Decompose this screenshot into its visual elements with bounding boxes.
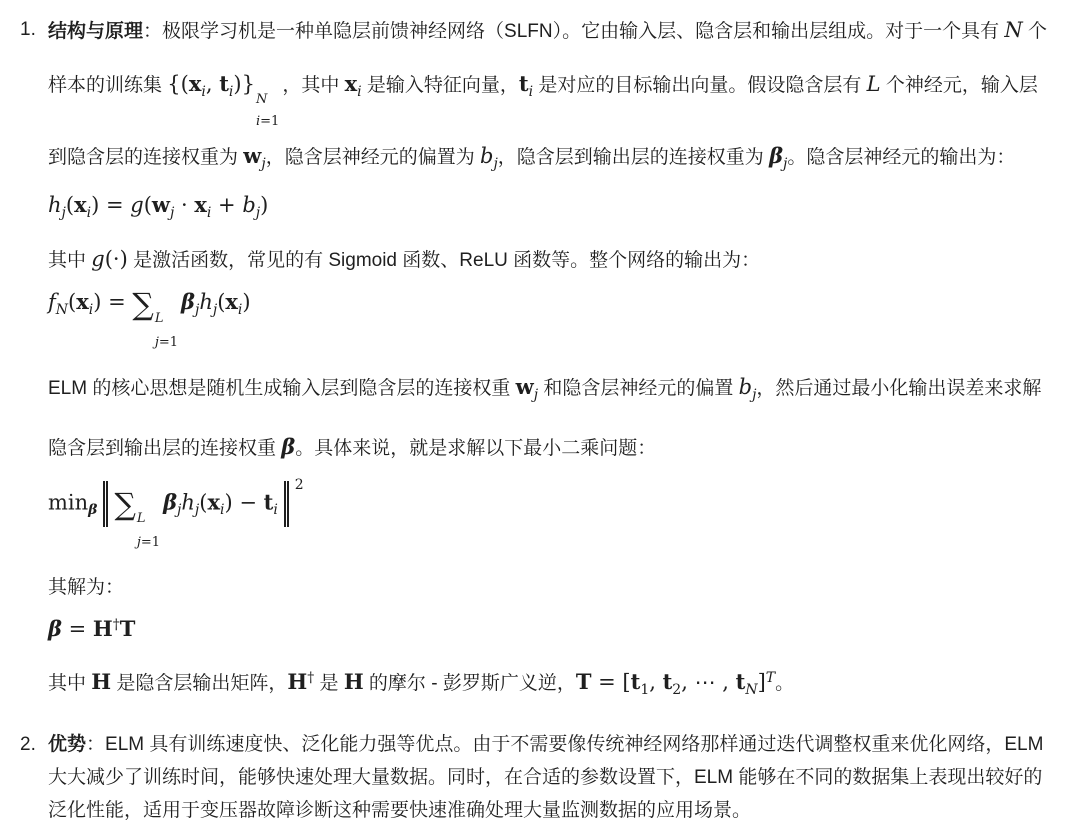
text-run: N xyxy=(256,92,267,107)
text-run: β xyxy=(163,489,177,514)
text-run: 是输入特征向量， xyxy=(362,75,519,96)
sum-limits: Ni=1 xyxy=(256,87,279,131)
text-run: + xyxy=(211,193,242,217)
text-run: =1 xyxy=(260,114,279,129)
text-run: ( xyxy=(68,290,76,314)
text-run: ：极限学习机是一种单隐层前馈神经网络（SLFN）。它由输入层、隐含层和输出层组成… xyxy=(143,21,1004,42)
formula: hj(xi) = g(wj · xi + bj) xyxy=(48,192,1054,222)
text-run: ，隐含层到输出层的连接权重为 xyxy=(498,147,769,168)
text-run: {( xyxy=(167,72,189,96)
text-run: ∑ xyxy=(114,488,135,523)
text-run: x xyxy=(194,192,207,217)
list-item-content: 优势：ELM 具有训练速度快、泛化能力强等优点。由于不需要像传统神经网络那样通过… xyxy=(48,728,1054,820)
text-run: )} xyxy=(233,72,255,96)
list-item: 2.优势：ELM 具有训练速度快、泛化能力强等优点。由于不需要像传统神经网络那样… xyxy=(20,728,1054,820)
text-run: N xyxy=(745,682,757,698)
text-run: , ⋯ , xyxy=(681,670,735,694)
text-run: x xyxy=(74,192,87,217)
paragraph: 结构与原理：极限学习机是一种单隐层前馈神经网络（SLFN）。它由输入层、隐含层和… xyxy=(48,4,1054,190)
text-run: =1 xyxy=(141,535,160,550)
text-run: T xyxy=(120,616,136,641)
text-run: ：ELM 具有训练速度快、泛化能力强等优点。由于不需要像传统神经网络那样通过迭代… xyxy=(48,734,1043,820)
text-run: t xyxy=(519,71,529,96)
text-run: T xyxy=(766,670,775,686)
paragraph: ELM 的核心思想是随机生成输入层到隐含层的连接权重 wj 和隐含层神经元的偏置… xyxy=(48,361,1054,475)
text-run: β xyxy=(769,143,783,168)
list-marker: 1. xyxy=(20,4,48,56)
paragraph: 其解为： xyxy=(48,562,1054,614)
text-run: b xyxy=(739,375,752,399)
text-run: 结构与原理 xyxy=(48,21,143,42)
text-run: t xyxy=(264,489,274,514)
formula: fN(xi) = ∑Lj=1βjhj(xi) xyxy=(48,289,1054,351)
text-run: H xyxy=(287,669,307,694)
text-run: 是激活函数，常见的有 Sigmoid 函数、ReLU 函数等。整个网络的输出为： xyxy=(128,250,760,271)
text-run: b xyxy=(480,144,493,168)
text-run: b xyxy=(242,193,255,217)
text-run: N xyxy=(56,302,68,318)
text-run: i xyxy=(273,502,277,518)
text-run: 其解为： xyxy=(48,577,124,598)
text-run: ) xyxy=(242,290,250,314)
text-run: ( xyxy=(66,193,74,217)
paragraph: 优势：ELM 具有训练速度快、泛化能力强等优点。由于不需要像传统神经网络那样通过… xyxy=(48,728,1054,820)
text-run: w xyxy=(243,143,261,168)
sum-limits: Lj=1 xyxy=(155,303,178,351)
text-run: 是隐含层输出矩阵， xyxy=(111,673,287,694)
document: 1.结构与原理：极限学习机是一种单隐层前馈神经网络（SLFN）。它由输入层、隐含… xyxy=(0,0,1080,820)
text-run: f xyxy=(48,290,56,314)
text-run: N xyxy=(1004,18,1022,42)
text-run: β xyxy=(181,289,195,314)
text-run: =1 xyxy=(159,335,178,350)
text-run: H xyxy=(91,669,111,694)
text-run: ) = xyxy=(91,193,130,217)
text-run: = xyxy=(62,617,93,641)
sum-limits: Lj=1 xyxy=(137,503,160,551)
text-run: w xyxy=(152,192,170,217)
text-run: 。具体来说，就是求解以下最小二乘问题： xyxy=(295,438,656,459)
text-run: L xyxy=(155,311,164,326)
list-item: 1.结构与原理：极限学习机是一种单隐层前馈神经网络（SLFN）。它由输入层、隐含… xyxy=(20,4,1054,716)
text-run: 优势 xyxy=(48,734,86,755)
text-run: , xyxy=(206,72,219,96)
paragraph: 其中 g(·) 是激活函数，常见的有 Sigmoid 函数、ReLU 函数等。整… xyxy=(48,233,1054,287)
text-run: ] xyxy=(758,670,766,694)
text-run: ) xyxy=(260,193,268,217)
list-marker: 2. xyxy=(20,728,48,761)
list-item-content: 结构与原理：极限学习机是一种单隐层前馈神经网络（SLFN）。它由输入层、隐含层和… xyxy=(48,4,1054,716)
text-run: t xyxy=(631,669,641,694)
text-run: β xyxy=(281,434,295,459)
text-run: 其中 xyxy=(48,250,91,271)
limit-sub: j=1 xyxy=(137,527,160,551)
text-run: H xyxy=(344,669,364,694)
paragraph: 其中 H 是隐含层输出矩阵，H† 是 H 的摩尔 - 彭罗斯广义逆，T = [t… xyxy=(48,652,1054,716)
text-run: T xyxy=(576,669,592,694)
text-run: x xyxy=(225,289,238,314)
text-run: 和隐含层神经元的偏置 xyxy=(538,378,739,399)
limit-sup: L xyxy=(155,303,178,327)
text-run: β xyxy=(88,502,97,518)
text-run: β xyxy=(48,616,62,641)
text-run: x xyxy=(76,289,89,314)
text-run: ∑ xyxy=(132,287,153,322)
text-run: 1 xyxy=(640,682,649,698)
text-run: ) = xyxy=(93,290,132,314)
text-run: , xyxy=(649,670,662,694)
text-run: t xyxy=(219,71,229,96)
text-run: t xyxy=(663,669,673,694)
formula: minβ∑Lj=1βjhj(xi) − ti2 xyxy=(48,477,1054,552)
limit-sub: i=1 xyxy=(256,109,279,131)
text-run: 。 xyxy=(775,673,794,694)
formula: β = H†T xyxy=(48,616,1054,642)
text-run: † xyxy=(113,617,120,633)
text-run: L xyxy=(137,511,146,526)
text-run: 其中 xyxy=(48,673,91,694)
text-run: = [ xyxy=(591,670,630,694)
text-run: x xyxy=(207,489,220,514)
text-run: · xyxy=(174,193,194,217)
text-run: x xyxy=(189,71,202,96)
limit-sup: L xyxy=(137,503,160,527)
text-run: h xyxy=(48,193,62,217)
text-run: h xyxy=(181,490,195,514)
text-run: H xyxy=(93,616,113,641)
norm-bars xyxy=(103,481,108,527)
text-run: ELM 的核心思想是随机生成输入层到隐含层的连接权重 xyxy=(48,378,516,399)
text-run: ) − xyxy=(224,490,263,514)
text-run: 。隐含层神经元的输出为： xyxy=(787,147,1015,168)
text-run: g xyxy=(91,247,104,271)
text-run: 是对应的目标输出向量。假设隐含层有 xyxy=(533,75,867,96)
text-run: h xyxy=(199,290,213,314)
text-run: ，隐含层神经元的偏置为 xyxy=(266,147,480,168)
text-run: 的摩尔 - 彭罗斯广义逆， xyxy=(364,673,576,694)
text-run: L xyxy=(867,72,881,96)
limit-sup: N xyxy=(256,87,279,109)
text-run: 2 xyxy=(672,682,681,698)
text-run: 2 xyxy=(295,477,304,493)
norm-bars xyxy=(284,481,289,527)
text-run: min xyxy=(48,490,88,514)
text-run: g xyxy=(130,193,143,217)
ordered-list: 1.结构与原理：极限学习机是一种单隐层前馈神经网络（SLFN）。它由输入层、隐含… xyxy=(20,4,1054,820)
text-run: ( xyxy=(144,193,152,217)
text-run: (·) xyxy=(105,247,128,271)
text-run: x xyxy=(345,71,358,96)
text-run: t xyxy=(736,669,746,694)
text-run: 是 xyxy=(314,673,344,694)
text-run: ，其中 xyxy=(282,75,344,96)
limit-sub: j=1 xyxy=(155,327,178,351)
text-run: w xyxy=(516,374,534,399)
